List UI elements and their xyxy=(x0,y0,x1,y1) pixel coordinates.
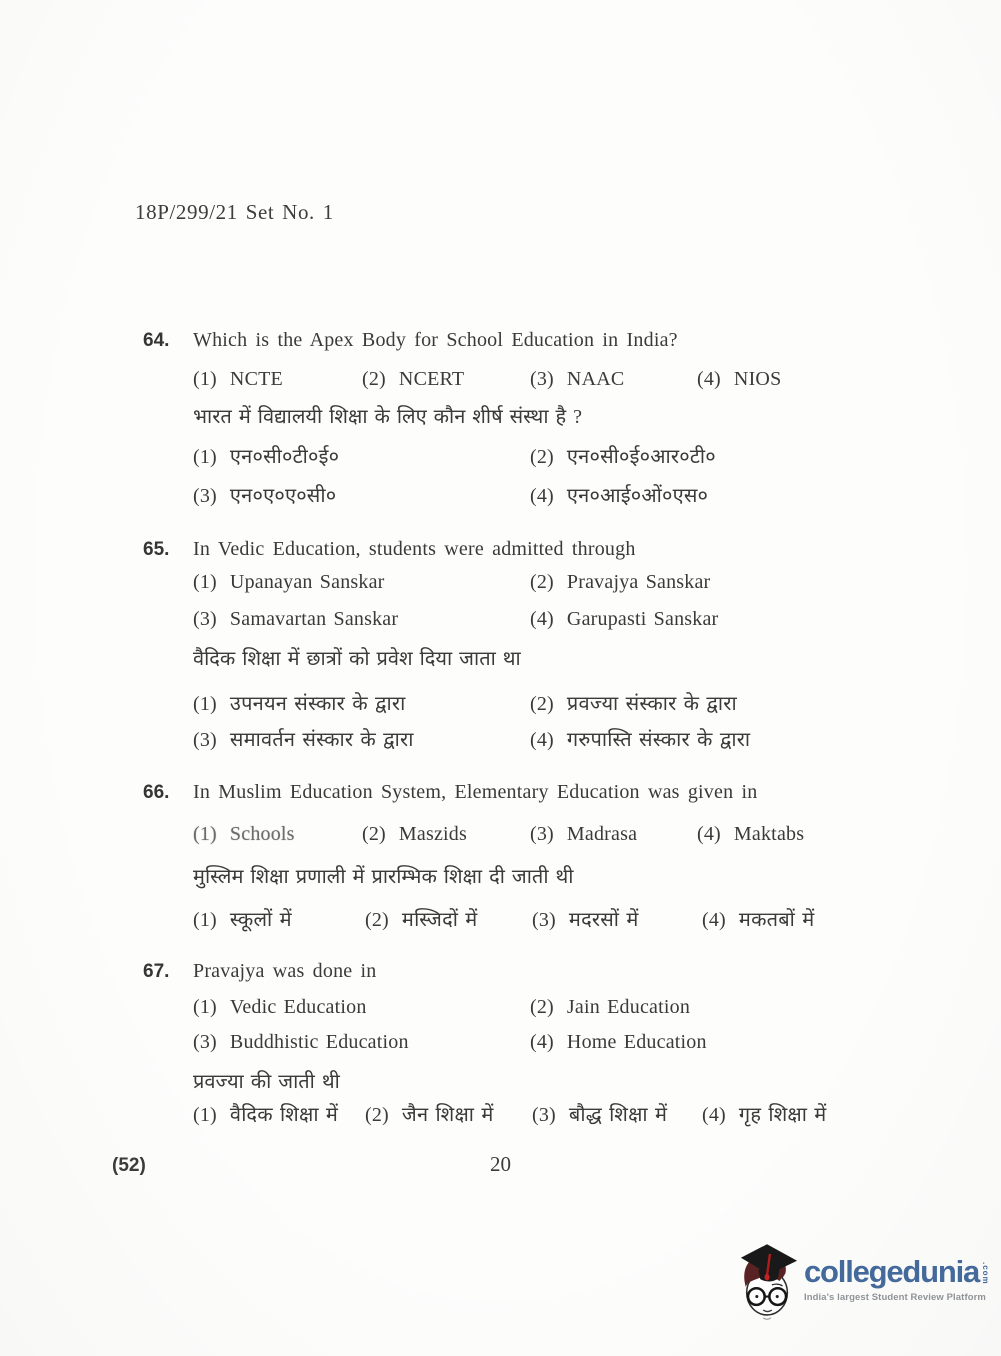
option-en-2: (2)Pravajya Sanskar xyxy=(530,569,873,595)
question-text-hindi: प्रवज्या की जाती थी xyxy=(193,1069,873,1096)
graduate-mascot-icon xyxy=(737,1242,799,1327)
option-label: Schools xyxy=(230,823,295,845)
option-en-1: (1)Upanayan Sanskar xyxy=(193,569,530,595)
option-marker: (2) xyxy=(362,368,386,390)
question-text-hindi: मुस्लिम शिक्षा प्रणाली में प्रारम्भिक शि… xyxy=(193,864,873,891)
option-en-3: (3)Samavartan Sanskar xyxy=(193,606,530,632)
option-marker: (3) xyxy=(193,1031,217,1053)
option-marker: (2) xyxy=(365,1104,389,1126)
option-hi-1: (1)एन०सी०टी०ई० xyxy=(193,444,530,470)
option-hi-3: (3)बौद्ध शिक्षा में xyxy=(532,1102,702,1128)
option-marker: (1) xyxy=(193,1104,217,1126)
option-hi-2: (2)प्रवज्या संस्कार के द्वारा xyxy=(530,691,873,717)
option-marker: (4) xyxy=(702,1104,726,1126)
option-hi-4: (4)मकतबों में xyxy=(702,907,873,933)
option-label: Garupasti Sanskar xyxy=(567,608,718,630)
option-label: एन०सी०ई०आर०टी० xyxy=(567,446,716,468)
option-label: NIOS xyxy=(734,368,781,390)
question-text-hindi: वैदिक शिक्षा में छात्रों को प्रवेश दिया … xyxy=(193,646,873,673)
option-marker: (2) xyxy=(530,446,554,468)
option-en-3: (3)Buddhistic Education xyxy=(193,1029,530,1055)
option-label: Maktabs xyxy=(734,823,804,845)
options-english: (1)Upanayan Sanskar(2)Pravajya Sanskar(3… xyxy=(193,569,873,632)
option-label: एन०ए०ए०सी० xyxy=(230,485,336,507)
option-label: उपनयन संस्कार के द्वारा xyxy=(230,693,406,715)
option-marker: (1) xyxy=(193,571,217,593)
option-label: Pravajya Sanskar xyxy=(567,571,711,593)
option-label: Vedic Education xyxy=(230,996,367,1018)
options-english: (1)Schools(2)Maszids(3)Madrasa(4)Maktabs xyxy=(193,821,873,847)
option-en-1: (1)Vedic Education xyxy=(193,994,530,1020)
option-en-4: (4)Maktabs xyxy=(697,821,873,847)
option-marker: (4) xyxy=(697,823,721,845)
option-hi-3: (3)मदरसों में xyxy=(532,907,702,933)
question-text-english: In Vedic Education, students were admitt… xyxy=(193,536,636,563)
option-marker: (1) xyxy=(193,909,217,931)
option-en-3: (3)NAAC xyxy=(530,366,697,392)
option-hi-4: (4)गरुपास्ति संस्कार के द्वारा xyxy=(530,727,873,753)
options-english: (1)NCTE(2)NCERT(3)NAAC(4)NIOS xyxy=(193,366,873,392)
question-head: 65.In Vedic Education, students were adm… xyxy=(143,536,873,563)
option-marker: (1) xyxy=(193,693,217,715)
question-67: 67.Pravajya was done in(1)Vedic Educatio… xyxy=(143,958,873,1128)
option-marker: (4) xyxy=(530,1031,554,1053)
question-number: 65. xyxy=(143,536,193,563)
option-marker: (4) xyxy=(697,368,721,390)
options-hindi: (1)एन०सी०टी०ई०(2)एन०सी०ई०आर०टी०(3)एन०ए०ए… xyxy=(193,444,873,509)
option-hi-2: (2)एन०सी०ई०आर०टी० xyxy=(530,444,873,470)
question-text-english: In Muslim Education System, Elementary E… xyxy=(193,779,757,806)
options-hindi: (1)स्कूलों में(2)मस्जिदों में(3)मदरसों म… xyxy=(193,907,873,933)
option-marker: (4) xyxy=(702,909,726,931)
question-head: 66.In Muslim Education System, Elementar… xyxy=(143,779,873,806)
option-label: Jain Education xyxy=(567,996,690,1018)
options-hindi: (1)उपनयन संस्कार के द्वारा(2)प्रवज्या सं… xyxy=(193,691,873,753)
option-marker: (3) xyxy=(193,729,217,751)
option-label: Upanayan Sanskar xyxy=(230,571,385,593)
option-en-1: (1)Schools xyxy=(193,821,362,847)
option-marker: (3) xyxy=(530,823,554,845)
footer-page-number: 20 xyxy=(0,1152,1001,1177)
question-number: 64. xyxy=(143,327,193,354)
paper-code-header: 18P/299/21 Set No. 1 xyxy=(135,200,334,225)
option-en-3: (3)Madrasa xyxy=(530,821,697,847)
option-marker: (3) xyxy=(532,1104,556,1126)
collegedunia-logo: collegedunia .com India's largest Studen… xyxy=(737,1242,990,1327)
option-marker: (3) xyxy=(193,608,217,630)
option-marker: (2) xyxy=(365,909,389,931)
option-label: Madrasa xyxy=(567,823,637,845)
option-marker: (1) xyxy=(193,996,217,1018)
option-marker: (4) xyxy=(530,608,554,630)
option-label: समावर्तन संस्कार के द्वारा xyxy=(230,729,414,751)
question-head: 64.Which is the Apex Body for School Edu… xyxy=(143,327,873,354)
brand-tld: .com xyxy=(981,1262,990,1285)
option-label: Buddhistic Education xyxy=(230,1031,409,1053)
option-hi-2: (2)मस्जिदों में xyxy=(365,907,532,933)
option-hi-1: (1)स्कूलों में xyxy=(193,907,365,933)
option-hi-4: (4)एन०आई०ओं०एस० xyxy=(530,483,873,509)
option-en-4: (4)Garupasti Sanskar xyxy=(530,606,873,632)
option-marker: (1) xyxy=(193,823,217,845)
option-hi-2: (2)जैन शिक्षा में xyxy=(365,1102,532,1128)
option-label: NCERT xyxy=(399,368,464,390)
option-label: बौद्ध शिक्षा में xyxy=(569,1104,667,1126)
option-marker: (4) xyxy=(530,485,554,507)
question-text-hindi: भारत में विद्यालयी शिक्षा के लिए कौन शीर… xyxy=(193,404,873,431)
option-label: Samavartan Sanskar xyxy=(230,608,398,630)
option-marker: (2) xyxy=(530,571,554,593)
option-label: मकतबों में xyxy=(739,909,814,931)
option-label: Maszids xyxy=(399,823,467,845)
brand-block: collegedunia .com India's largest Studen… xyxy=(804,1256,990,1303)
options-english: (1)Vedic Education(2)Jain Education(3)Bu… xyxy=(193,994,873,1055)
option-marker: (1) xyxy=(193,368,217,390)
option-label: एन०सी०टी०ई० xyxy=(230,446,339,468)
option-marker: (4) xyxy=(530,729,554,751)
option-hi-3: (3)एन०ए०ए०सी० xyxy=(193,483,530,509)
option-en-2: (2)Jain Education xyxy=(530,994,873,1020)
brand-tagline: India's largest Student Review Platform xyxy=(804,1292,990,1303)
question-66: 66.In Muslim Education System, Elementar… xyxy=(143,779,873,933)
question-text-english: Pravajya was done in xyxy=(193,958,377,985)
option-hi-1: (1)उपनयन संस्कार के द्वारा xyxy=(193,691,530,717)
option-label: प्रवज्या संस्कार के द्वारा xyxy=(567,693,737,715)
option-label: मदरसों में xyxy=(569,909,639,931)
option-marker: (2) xyxy=(530,693,554,715)
option-marker: (2) xyxy=(530,996,554,1018)
option-en-4: (4)NIOS xyxy=(697,366,873,392)
option-label: स्कूलों में xyxy=(230,909,292,931)
option-label: Home Education xyxy=(567,1031,707,1053)
option-marker: (3) xyxy=(530,368,554,390)
option-en-4: (4)Home Education xyxy=(530,1029,873,1055)
option-marker: (3) xyxy=(532,909,556,931)
question-64: 64.Which is the Apex Body for School Edu… xyxy=(143,327,873,509)
option-hi-1: (1)वैदिक शिक्षा में xyxy=(193,1102,365,1128)
option-label: गरुपास्ति संस्कार के द्वारा xyxy=(567,729,750,751)
question-number: 66. xyxy=(143,779,193,806)
option-hi-4: (4)गृह शिक्षा में xyxy=(702,1102,873,1128)
option-label: NAAC xyxy=(567,368,624,390)
option-hi-3: (3)समावर्तन संस्कार के द्वारा xyxy=(193,727,530,753)
options-hindi: (1)वैदिक शिक्षा में(2)जैन शिक्षा में(3)ब… xyxy=(193,1102,873,1128)
question-65: 65.In Vedic Education, students were adm… xyxy=(143,536,873,753)
option-en-1: (1)NCTE xyxy=(193,366,362,392)
option-marker: (3) xyxy=(193,485,217,507)
option-label: वैदिक शिक्षा में xyxy=(230,1104,338,1126)
brand-name: collegedunia xyxy=(804,1256,979,1287)
option-label: जैन शिक्षा में xyxy=(402,1104,494,1126)
option-label: एन०आई०ओं०एस० xyxy=(567,485,708,507)
option-marker: (2) xyxy=(362,823,386,845)
question-text-english: Which is the Apex Body for School Educat… xyxy=(193,327,678,354)
option-marker: (1) xyxy=(193,446,217,468)
question-head: 67.Pravajya was done in xyxy=(143,958,873,985)
option-en-2: (2)Maszids xyxy=(362,821,530,847)
option-en-2: (2)NCERT xyxy=(362,366,530,392)
option-label: गृह शिक्षा में xyxy=(739,1104,827,1126)
question-number: 67. xyxy=(143,958,193,985)
option-label: NCTE xyxy=(230,368,283,390)
option-label: मस्जिदों में xyxy=(402,909,478,931)
